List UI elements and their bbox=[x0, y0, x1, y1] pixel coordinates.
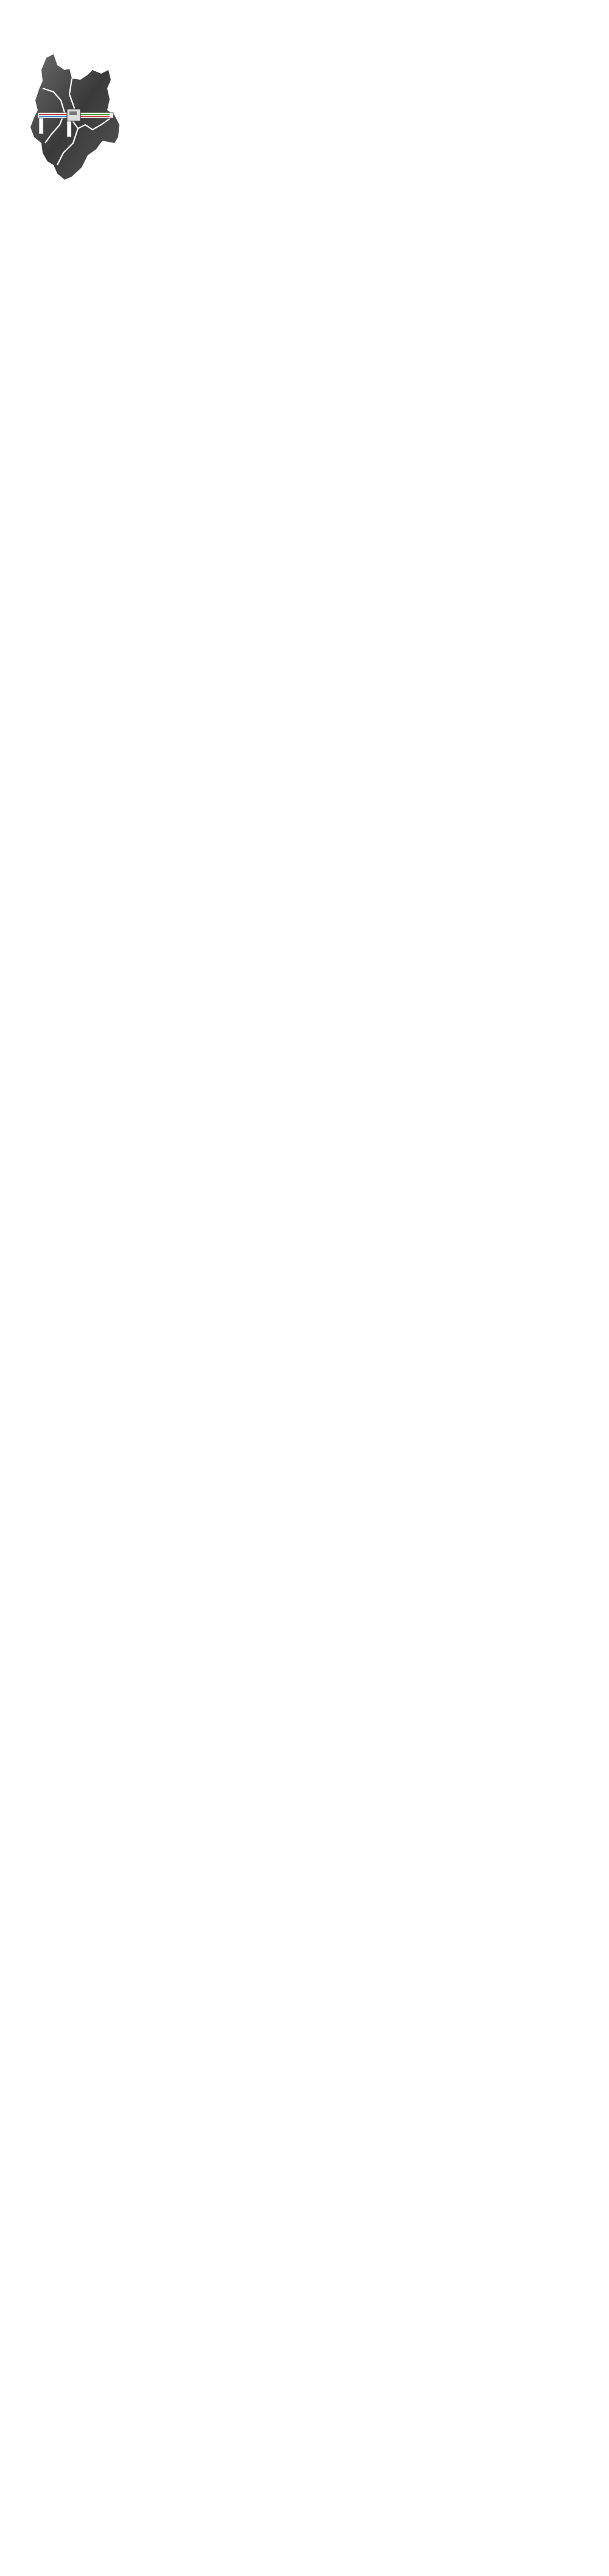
west-yorkshire-map-logo-icon bbox=[29, 52, 121, 183]
